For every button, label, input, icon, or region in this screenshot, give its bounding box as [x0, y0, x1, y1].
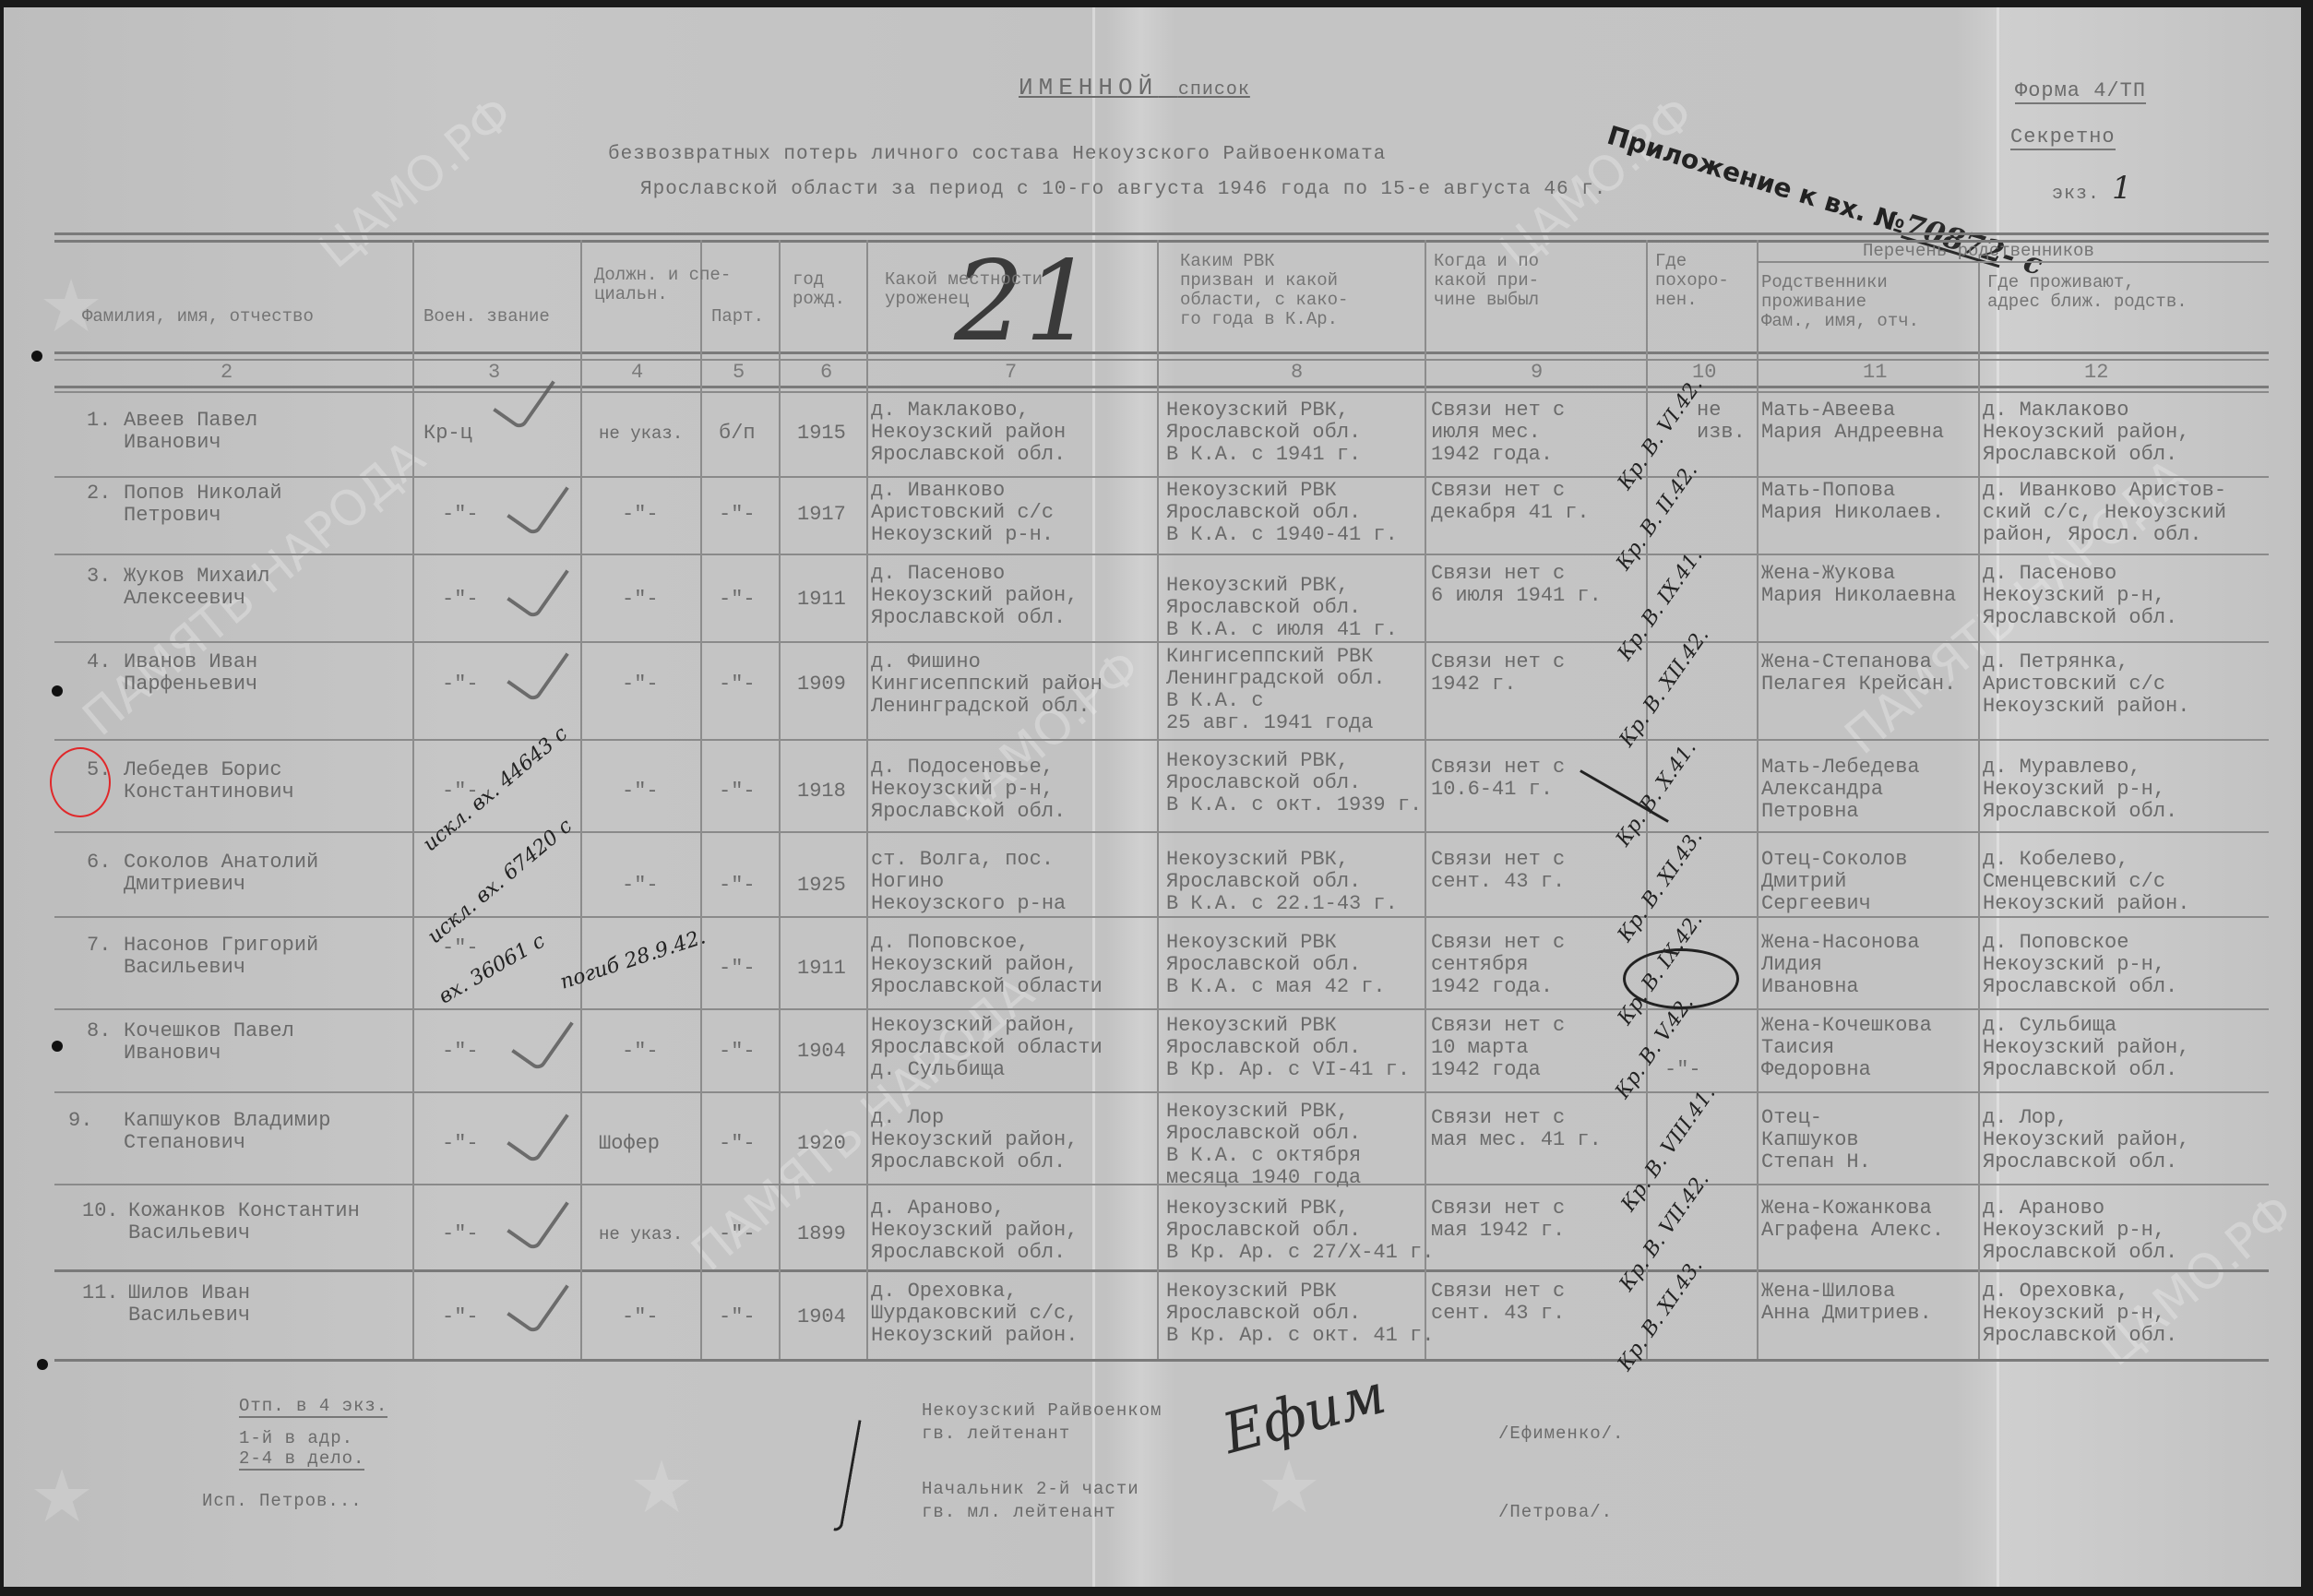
table-rule	[54, 1091, 2269, 1093]
table-rule	[54, 1269, 2269, 1272]
commissar-rank: гв. лейтенант	[922, 1423, 1070, 1444]
rvk: Некоузский РВК Ярославской обл. В К.А. с…	[1166, 480, 1398, 546]
star-watermark-icon: ★	[31, 1428, 92, 1546]
party: -"-	[719, 504, 756, 526]
relative-address: д. Пасеново Некоузский р-н, Ярославской …	[1983, 563, 2177, 629]
rank: -"-	[442, 504, 479, 526]
birthplace: д. Лор Некоузский район, Ярославской обл…	[871, 1107, 1078, 1173]
relative-address: д. Ореховка, Некоузский р-н, Ярославской…	[1983, 1280, 2177, 1347]
table-rule	[54, 739, 2269, 741]
reason: Связи нет с июля мес. 1942 года.	[1431, 399, 1565, 466]
table-rule	[54, 359, 2269, 361]
copy-number: 1	[2112, 170, 2133, 207]
casualty-table: Фамилия, имя, отчество Воен. звание Долж…	[54, 229, 2269, 1373]
checkmark-icon	[507, 1184, 569, 1252]
relative: Жена-Степанова Пелагея Крейсан.	[1761, 651, 1956, 696]
party: б/п	[719, 423, 756, 445]
column-number: 5	[733, 361, 745, 384]
table-rule	[54, 1184, 2269, 1185]
reason: Связи нет с 10 марта 1942 года	[1431, 1015, 1565, 1081]
birth-year: 1911	[797, 958, 846, 980]
punch-hole	[37, 1359, 48, 1370]
birthplace: ст. Волга, пос. Ногино Некоузского р-на	[871, 849, 1066, 915]
birthplace: д. Маклаково, Некоузский район Ярославск…	[871, 399, 1066, 466]
relative: Отец-Соколов Дмитрий Сергеевич	[1761, 849, 1907, 915]
relative-address: д. Маклаково Некоузский район, Ярославск…	[1983, 399, 2189, 466]
row-number: 9.	[68, 1110, 92, 1132]
column-rule	[1157, 240, 1159, 1359]
document-title: ИМЕННОЙ список	[1019, 74, 1250, 101]
rank: -"-	[442, 1041, 479, 1063]
table-rule	[54, 476, 2269, 478]
soldier-name: Лебедев Борис Константинович	[124, 759, 294, 804]
column-rule	[1425, 240, 1426, 1359]
header-rvk: Каким РВК призван и какой области, с как…	[1180, 252, 1348, 329]
header-reason: Когда и по какой при- чине выбыл	[1434, 252, 1539, 310]
column-number: 7	[1005, 361, 1017, 384]
rvk: Некоузский РВК Ярославской обл. В Кр. Ар…	[1166, 1280, 1434, 1347]
checkmark-icon	[511, 1004, 574, 1072]
reason: Связи нет с сент. 43 г.	[1431, 849, 1565, 893]
checkmark-icon	[507, 552, 569, 620]
birth-year: 1911	[797, 589, 846, 611]
soldier-name: Жуков Михаил Алексеевич	[124, 566, 269, 610]
column-number: 8	[1291, 361, 1303, 384]
soldier-name: Насонов Григорий Васильевич	[124, 935, 318, 979]
column-number: 9	[1531, 361, 1543, 384]
soldier-name: Капшуков Владимир Степанович	[124, 1110, 330, 1154]
dispatch-first: 1-й в адр.	[239, 1428, 353, 1448]
relative-address: д. Сульбища Некоузский район, Ярославско…	[1983, 1015, 2189, 1081]
header-party: Парт.	[711, 307, 764, 327]
rvk: Некоузский РВК, Ярославской обл. В К.А. …	[1166, 399, 1361, 466]
reason: Связи нет с мая мес. 41 г.	[1431, 1107, 1602, 1151]
header-rank: Воен. звание	[423, 307, 550, 327]
stamp-text: Приложение к вх. №	[1604, 120, 1909, 240]
column-rule	[1757, 240, 1759, 1359]
position: не указ.	[599, 1223, 683, 1245]
party: -"-	[719, 1306, 756, 1328]
column-rule	[412, 240, 414, 1359]
rank: -"-	[442, 1223, 479, 1245]
relative-address: д. Петрянка, Аристовский с/с Некоузский …	[1983, 651, 2189, 718]
secret-label: Секретно	[2010, 125, 2116, 150]
party: -"-	[719, 1041, 756, 1063]
table-rule	[54, 554, 2269, 555]
relative-address: д. Поповское Некоузский р-н, Ярославской…	[1983, 932, 2177, 998]
dispatch-rest: 2-4 в дело.	[239, 1448, 364, 1471]
title-main: ИМЕННОЙ	[1019, 74, 1158, 101]
soldier-name: Кочешков Павел Иванович	[124, 1020, 294, 1065]
soldier-name: Авеев Павел Иванович	[124, 410, 257, 454]
relative: Мать-Авеева Мария Андреевна	[1761, 399, 1944, 444]
party: -"-	[719, 673, 756, 696]
column-number: 6	[820, 361, 832, 384]
rvk: Некоузский РВК, Ярославской обл. В К.А. …	[1166, 849, 1398, 915]
birth-year: 1925	[797, 875, 846, 897]
soldier-name: Шилов Иван Васильевич	[128, 1282, 250, 1327]
soldier-name: Кожанков Константин Васильевич	[128, 1200, 360, 1245]
birthplace: д. Ореховка, Шурдаковский с/с, Некоузски…	[871, 1280, 1078, 1347]
reason: Связи нет с 1942 г.	[1431, 651, 1565, 696]
header-birth-year: год рожд.	[793, 270, 845, 309]
relative-address: д. Иванково Аристов- ский с/с, Некоузски…	[1983, 480, 2226, 546]
position: Шофер	[599, 1133, 660, 1155]
group-header-rule	[1757, 261, 2269, 263]
copy-label-text: экз.	[2052, 184, 2100, 205]
position: -"-	[622, 673, 659, 696]
party: -"-	[719, 875, 756, 897]
column-rule	[580, 240, 582, 1359]
birth-year: 1915	[797, 423, 846, 445]
row-number: 1.	[87, 410, 111, 432]
party: -"-	[719, 958, 756, 980]
punch-hole	[52, 685, 63, 697]
reason: Связи нет с 10.6-41 г.	[1431, 756, 1565, 801]
relative: Жена-Жукова Мария Николаевна	[1761, 563, 1956, 607]
column-number: 4	[631, 361, 643, 384]
checkmark-icon	[507, 635, 569, 703]
relative: Жена-Кожанкова Аграфена Алекс.	[1761, 1197, 1944, 1242]
document-subtitle-line1: безвозвратных потерь личного состава Нек…	[608, 144, 1386, 165]
relative: Жена-Шилова Анна Дмитриев.	[1761, 1280, 1932, 1325]
birth-year: 1899	[797, 1223, 846, 1245]
birthplace: д. Араново, Некоузский район, Ярославско…	[871, 1197, 1078, 1264]
relative: Отец- Капшуков Степан Н.	[1761, 1107, 1871, 1173]
relative-address: д. Муравлево, Некоузский р-н, Ярославско…	[1983, 756, 2177, 823]
birth-year: 1904	[797, 1041, 846, 1063]
rvk: Некоузский РВК, Ярославской обл. В К.А. …	[1166, 1101, 1361, 1189]
position: не указ.	[599, 423, 683, 445]
rvk: Некоузский РВК, Ярославской обл. В К.А. …	[1166, 575, 1398, 641]
buried: не изв.	[1697, 399, 1746, 444]
checkmark-icon	[507, 1096, 569, 1164]
header-position: Должн. и спе- циальн.	[594, 266, 731, 304]
birth-year: 1909	[797, 673, 846, 696]
rank: -"-	[442, 589, 479, 611]
column-rule	[700, 240, 702, 1359]
rvk: Некоузский РВК, Ярославской обл. В К.А. …	[1166, 750, 1422, 816]
column-rule	[866, 240, 868, 1359]
row-number: 2.	[87, 482, 111, 505]
reason: Связи нет с сентября 1942 года.	[1431, 932, 1565, 998]
header-buried: Где похоро- нен.	[1655, 252, 1729, 310]
reason: Связи нет с декабря 41 г.	[1431, 480, 1590, 524]
row-number: 10.	[82, 1200, 119, 1222]
relative: Жена-Кочешкова Таисия Федоровна	[1761, 1015, 1932, 1081]
table-rule	[54, 232, 2269, 235]
row-number: 5.	[87, 759, 111, 781]
header-group-relatives: Перечень родственников	[1863, 242, 2094, 261]
position: -"-	[622, 504, 659, 526]
table-rule	[54, 351, 2269, 354]
birth-year: 1904	[797, 1306, 846, 1328]
commissar-name: /Ефименко/.	[1498, 1423, 1624, 1444]
chief-name: /Петрова/.	[1498, 1502, 1613, 1522]
column-number: 3	[488, 361, 500, 384]
reason: Связи нет с 6 июля 1941 г.	[1431, 563, 1602, 607]
header-name: Фамилия, имя, отчество	[82, 307, 314, 327]
position: -"-	[622, 1306, 659, 1328]
rvk: Кингисеппский РВК Ленинградской обл. В К…	[1166, 646, 1386, 734]
column-number: 12	[2084, 361, 2108, 384]
rank: -"-	[442, 673, 479, 696]
rank: Кр-ц	[423, 423, 472, 445]
column-number: 11	[1863, 361, 1887, 384]
rvk: Некоузский РВК Ярославской обл. В К.А. с…	[1166, 932, 1386, 998]
document-subtitle-line2: Ярославской области за период с 10-го ав…	[640, 179, 1606, 200]
form-label: Форма 4/ТП	[2015, 79, 2146, 104]
chief-title: Начальник 2-й части	[922, 1479, 1139, 1499]
party: -"-	[719, 589, 756, 611]
table-rule	[54, 1359, 2269, 1362]
header-relative: Родственники проживание Фам., имя, отч.	[1761, 273, 1919, 331]
table-rule	[54, 916, 2269, 918]
star-watermark-icon: ★	[631, 1419, 692, 1537]
party: -"-	[719, 1223, 756, 1245]
rvk: Некоузский РВК Ярославской обл. В Кр. Ар…	[1166, 1015, 1410, 1081]
row-number: 6.	[87, 852, 111, 874]
relative-address: д. Араново Некоузский р-н, Ярославской о…	[1983, 1197, 2177, 1264]
dispatch-copies: Отп. в 4 экз.	[239, 1396, 387, 1418]
table-rule	[54, 391, 2269, 393]
row-number: 4.	[87, 651, 111, 673]
burial-note: Кр. В. VIII.41.	[1617, 1082, 1721, 1216]
rank: -"-	[442, 937, 479, 959]
column-rule	[1978, 261, 1980, 1359]
copy-label: экз. 1	[2052, 170, 2133, 207]
red-circle-highlight	[50, 747, 111, 817]
row-number: 7.	[87, 935, 111, 957]
relative-address: д. Лор, Некоузский район, Ярославской об…	[1983, 1107, 2189, 1173]
birthplace: д. Фишино Кингисеппский район Ленинградс…	[871, 651, 1103, 718]
reason: Связи нет с сент. 43 г.	[1431, 1280, 1565, 1325]
soldier-name: Иванов Иван Парфеньевич	[124, 651, 257, 696]
table-rule	[54, 386, 2269, 388]
table-rule	[54, 1008, 2269, 1010]
buried: -"-	[1664, 1059, 1701, 1081]
reason: Связи нет с мая 1942 г.	[1431, 1197, 1565, 1242]
table-rule	[54, 641, 2269, 643]
relative: Мать-Лебедева Александра Петровна	[1761, 756, 1920, 823]
birthplace: д. Иванково Аристовский с/с Некоузский р…	[871, 480, 1054, 546]
header-birthplace: Какой местности уроженец	[885, 270, 1043, 309]
relative: Мать-Попова Мария Николаев.	[1761, 480, 1944, 524]
checkmark-icon	[493, 363, 555, 431]
punch-hole	[31, 351, 42, 362]
birth-year: 1918	[797, 780, 846, 803]
table-rule	[54, 831, 2269, 833]
document-page: ЦАМО.РФ ПАМЯТЬ НАРОДА ЦАМО.РФ ЦАМО.РФ ПА…	[4, 7, 2301, 1587]
dispatch-executor: Исп. Петров...	[202, 1491, 363, 1511]
soldier-name: Соколов Анатолий Дмитриевич	[124, 852, 318, 896]
party: -"-	[719, 1133, 756, 1155]
rank: -"-	[442, 1306, 479, 1328]
column-number: 2	[221, 361, 232, 384]
chief-signature	[833, 1419, 861, 1532]
birth-year: 1917	[797, 504, 846, 526]
chief-rank: гв. мл. лейтенант	[922, 1502, 1116, 1522]
column-rule	[779, 240, 781, 1359]
position: -"-	[622, 875, 659, 897]
checkmark-icon	[507, 469, 569, 537]
header-address: Где проживают, адрес ближ. родств.	[1987, 273, 2188, 312]
birthplace: Некоузский район, Ярославской области д.…	[871, 1015, 1103, 1081]
party: -"-	[719, 780, 756, 803]
row-number: 3.	[87, 566, 111, 588]
birthplace: д. Поповское, Некоузский район, Ярославс…	[871, 932, 1103, 998]
title-sub: список	[1178, 79, 1250, 101]
punch-hole	[52, 1041, 63, 1052]
rank: -"-	[442, 1133, 479, 1155]
birthplace: д. Подосеновье, Некоузский р-н, Ярославс…	[871, 756, 1066, 823]
position: -"-	[622, 1041, 659, 1063]
relative: Жена-Насонова Лидия Ивановна	[1761, 932, 1920, 998]
position: -"-	[622, 780, 659, 803]
rvk: Некоузский РВК, Ярославской обл. В Кр. А…	[1166, 1197, 1434, 1264]
row-number: 8.	[87, 1020, 111, 1042]
relative-address: д. Кобелево, Сменцевский с/с Некоузский …	[1983, 849, 2189, 915]
birth-year: 1920	[797, 1133, 846, 1155]
checkmark-icon	[507, 1267, 569, 1335]
row-number: 11.	[82, 1282, 119, 1304]
position: -"-	[622, 589, 659, 611]
soldier-name: Попов Николай Петрович	[124, 482, 282, 527]
birthplace: д. Пасеново Некоузский район, Ярославско…	[871, 563, 1078, 629]
commissar-title: Некоузский Райвоенком	[922, 1400, 1162, 1421]
